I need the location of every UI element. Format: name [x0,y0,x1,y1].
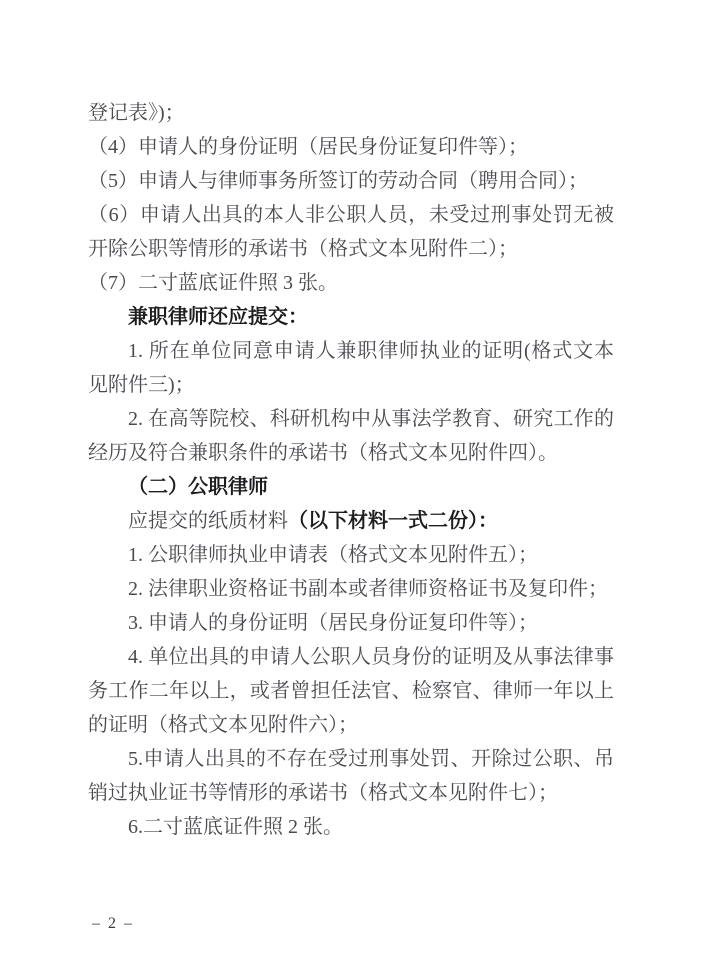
paragraph: 应提交的纸质材料（以下材料一式二份）： [88,504,614,538]
paragraph: 2. 在高等院校、科研机构中从事法学教育、研究工作的经历及符合兼职条件的承诺书（… [88,402,614,470]
text-run: 应提交的纸质材料 [128,510,288,532]
text-run: 登记表》)； [88,102,185,124]
paragraph: 6.二寸蓝底证件照 2 张。 [88,810,614,844]
paragraph: （4）申请人的身份证明（居民身份证复印件等）； [88,130,614,164]
bold-text-run: 兼职律师还应提交： [128,306,308,328]
paragraph: 4. 单位出具的申请人公职人员身份的证明及从事法律事务工作二年以上，或者曾担任法… [88,640,614,742]
text-run: 6.二寸蓝底证件照 2 张。 [128,816,343,838]
text-run: 4. 单位出具的申请人公职人员身份的证明及从事法律事务工作二年以上，或者曾担任法… [88,646,614,736]
bold-text-run: （以下材料一式二份）： [288,510,498,532]
text-run: （7）二寸蓝底证件照 3 张。 [88,272,338,294]
document-body: 登记表》)；（4）申请人的身份证明（居民身份证复印件等）；（5）申请人与律师事务… [88,96,614,844]
paragraph: 5.申请人出具的不存在受过刑事处罚、开除过公职、吊销过执业证书等情形的承诺书（格… [88,742,614,810]
paragraph: （5）申请人与律师事务所签订的劳动合同（聘用合同）； [88,164,614,198]
document-page: 登记表》)；（4）申请人的身份证明（居民身份证复印件等）；（5）申请人与律师事务… [0,0,702,973]
text-run: 5.申请人出具的不存在受过刑事处罚、开除过公职、吊销过执业证书等情形的承诺书（格… [88,748,614,804]
paragraph: 1. 所在单位同意申请人兼职律师执业的证明(格式文本见附件三)； [88,334,614,402]
paragraph: 2. 法律职业资格证书副本或者律师资格证书及复印件； [88,572,614,606]
text-run: 1. 公职律师执业申请表（格式文本见附件五）； [128,544,538,566]
text-run: （4）申请人的身份证明（居民身份证复印件等）； [88,136,528,158]
text-run: （5）申请人与律师事务所签订的劳动合同（聘用合同）； [88,170,588,192]
text-run: 1. 所在单位同意申请人兼职律师执业的证明(格式文本见附件三)； [88,340,614,396]
paragraph: （6）申请人出具的本人非公职人员，未受过刑事处罚无被开除公职等情形的承诺书（格式… [88,198,614,266]
paragraph: （7）二寸蓝底证件照 3 张。 [88,266,614,300]
paragraph: 1. 公职律师执业申请表（格式文本见附件五）； [88,538,614,572]
page-number: – 2 – [92,914,134,934]
paragraph: 登记表》)； [88,96,614,130]
paragraph: （二）公职律师 [88,470,614,504]
text-run: 2. 法律职业资格证书副本或者律师资格证书及复印件； [128,578,608,600]
text-run: 3. 申请人的身份证明（居民身份证复印件等）； [128,612,538,634]
paragraph: 3. 申请人的身份证明（居民身份证复印件等）； [88,606,614,640]
paragraph: 兼职律师还应提交： [88,300,614,334]
text-run: （6）申请人出具的本人非公职人员，未受过刑事处罚无被开除公职等情形的承诺书（格式… [88,204,614,260]
text-run: 2. 在高等院校、科研机构中从事法学教育、研究工作的经历及符合兼职条件的承诺书（… [88,408,614,464]
bold-text-run: （二）公职律师 [128,476,268,498]
